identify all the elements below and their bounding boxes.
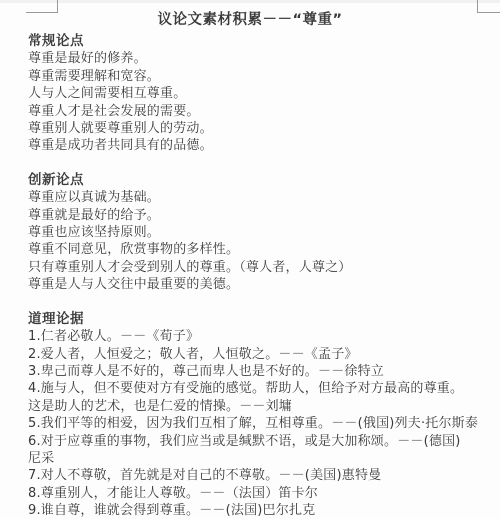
document-line: 尊重不同意见，欣赏事物的多样性。 (28, 241, 472, 258)
document-line: 尊重是人与人交往中最重要的美德。 (28, 276, 472, 293)
document-line: 6.对于应尊重的事物，我们应当或是缄默不语，或是大加称颂。－－(德国)尼采 (28, 433, 472, 468)
document-line: 2.爱人者，人恒爱之；敬人者，人恒敬之。－－《孟子》 (28, 346, 472, 363)
section-regular-points: 常规论点 尊重是最好的修养。 尊重需要理解和宽容。 人与人之间需要相互尊重。 尊… (28, 33, 472, 155)
section-heading-evidence: 道理论据 (28, 311, 472, 328)
margin-corner-mark-right (477, 0, 500, 13)
margin-corner-mark-left (26, 0, 58, 13)
document-line: 7.对人不尊敬，首先就是对自己的不尊敬。－－(美国)惠特曼 (28, 467, 472, 484)
section-heading-innovative: 创新论点 (28, 172, 472, 189)
section-heading-regular: 常规论点 (28, 33, 472, 50)
document-line: 尊重是最好的修养。 (28, 50, 472, 67)
document-title: 议论文素材积累－－“尊重” (28, 11, 472, 29)
document-line: 9.谁自尊，谁就会得到尊重。－－(法国)巴尔扎克 (28, 502, 472, 519)
document-line: 尊重别人就要尊重别人的劳动。 (28, 120, 472, 137)
section-innovative-points: 创新论点 尊重应以真诚为基础。 尊重就是最好的给予。 尊重也应该坚持原则。 尊重… (28, 172, 472, 294)
section-reason-evidence: 道理论据 1.仁者必敬人。－－《荀子》 2.爱人者，人恒爱之；敬人者，人恒敬之。… (28, 311, 472, 519)
document-page: 议论文素材积累－－“尊重” 常规论点 尊重是最好的修养。 尊重需要理解和宽容。 … (0, 0, 500, 519)
document-line: 8.尊重别人，才能让人尊敬。－－（法国）笛卡尔 (28, 485, 472, 502)
document-line: 3.卑己而尊人是不好的，尊己而卑人也是不好的。－－徐特立 (28, 363, 472, 380)
document-line: 4.施与人，但不要使对方有受施的感觉。帮助人，但给予对方最高的尊重。这是助人的艺… (28, 380, 472, 415)
document-line: 5.我们平等的相爱，因为我们互相了解，互相尊重。－－(俄国)列夫·托尔斯泰 (28, 415, 472, 432)
document-line: 尊重是成功者共同具有的品德。 (28, 137, 472, 154)
document-line: 只有尊重别人才会受到别人的尊重。（尊人者，人尊之） (28, 259, 472, 276)
document-line: 尊重需要理解和宽容。 (28, 68, 472, 85)
document-line: 人与人之间需要相互尊重。 (28, 85, 472, 102)
document-line: 1.仁者必敬人。－－《荀子》 (28, 328, 472, 345)
document-line: 尊重人才是社会发展的需要。 (28, 103, 472, 120)
page-top-edge (0, 0, 500, 3)
document-line: 尊重也应该坚持原则。 (28, 224, 472, 241)
document-line: 尊重应以真诚为基础。 (28, 189, 472, 206)
document-line: 尊重就是最好的给予。 (28, 207, 472, 224)
